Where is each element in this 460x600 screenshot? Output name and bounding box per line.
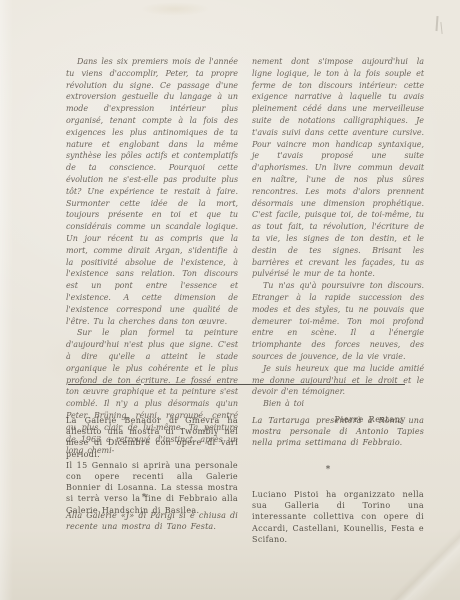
news-paragraph: Il 15 Gennaio si aprirà una personale co… <box>66 460 238 516</box>
document-page: Dans les six premiers mois de l'année tu… <box>0 0 460 600</box>
asterisk-divider: * <box>242 466 414 475</box>
paper-stain <box>140 2 210 16</box>
letter-paragraph: Dans les six premiers mois de l'année tu… <box>66 56 238 327</box>
news-paragraph: La Tartaruga presenterà a Roma una mostr… <box>252 415 424 449</box>
letter-left-column: Dans les six premiers mois de l'année tu… <box>66 56 238 457</box>
section-divider-rule <box>144 384 405 385</box>
news-paragraph: Luciano Pistoi ha organizzato nella sua … <box>252 489 424 545</box>
letter-paragraph: nement dont s'impose aujourd'hui la lign… <box>252 56 424 280</box>
section-divider-rule <box>68 384 141 385</box>
news-paragraph: Alla Galerie «J» di Parigi si è chiusa d… <box>66 510 238 532</box>
news-paragraph: La Galerie Benador di Ginevra ha allesti… <box>66 415 238 460</box>
faint-pencil-mark <box>430 14 446 38</box>
letter-right-column: nement dont s'impose aujourd'hui la lign… <box>252 56 424 426</box>
letter-closing: Bien à toi <box>252 398 424 410</box>
paper-edge-highlight <box>0 0 13 600</box>
news-left-italic-block: Alla Galerie «J» di Parigi si è chiusa d… <box>66 510 238 532</box>
news-right-italic-block: La Tartaruga presenterà a Roma una mostr… <box>252 415 424 449</box>
letter-paragraph: Tu n'as qu'à poursuivre ton discours. Et… <box>252 280 424 363</box>
letter-paragraph: Je suis heureux que ma lucide amitié me … <box>252 363 424 398</box>
asterisk-divider: * <box>58 494 230 503</box>
news-right-roman-block: Luciano Pistoi ha organizzato nella sua … <box>252 489 424 545</box>
